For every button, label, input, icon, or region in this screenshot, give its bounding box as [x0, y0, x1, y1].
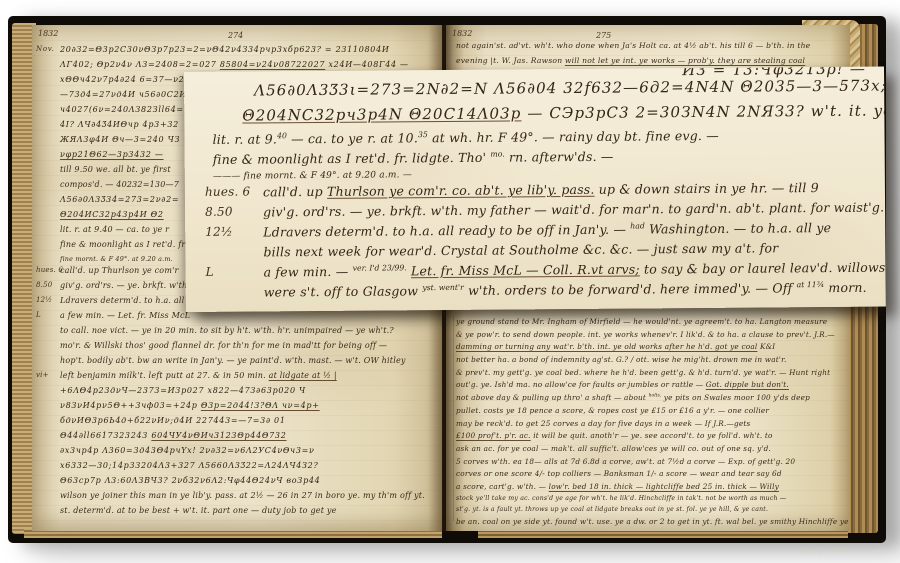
- left-page-number: 274: [228, 31, 243, 40]
- inset-manuscript-lines: ИЗ = Τ3:Чφ3213ρ! —Λ56∂0Λ3Ʒ3ι=273=2Ν∂2=Ν …: [198, 67, 878, 305]
- manuscript-text: ∂x3чp4p Λ360=3д43Θ4pчYx! 2ν∂32=ν6Λ2УC4νΘ…: [60, 446, 315, 455]
- manuscript-text: may be reck'd. to get 25 corves a day fo…: [456, 419, 750, 428]
- manuscript-text: ΛΓ402; Θp2ν4ν Λ3=2408=2=027: [60, 60, 220, 69]
- manuscript-line: vi+left benjamin milk't. left putt at 27…: [60, 371, 438, 386]
- manuscript-text: pullet. costs ye 18 pence a score, & rop…: [456, 406, 769, 415]
- diary-photograph: 1832 274 Nov.20∂32=Θ3p2C30νΘЗp7p23=2=νΘ4…: [0, 0, 900, 563]
- manuscript-line: may be reck'd. to get 25 corves a day fo…: [456, 419, 848, 432]
- manuscript-line: ye ground stand to Mr. Ingham of Mirfiel…: [456, 317, 848, 330]
- manuscript-line: mo'r. & Willski thos' good flannel dr. f…: [60, 341, 438, 356]
- manuscript-text: mo'r. & Willski thos' good flannel dr. f…: [60, 341, 387, 350]
- manuscript-text: бдνИΘ3p6Ь4д+б22νИν;д4И 227443=—7=3∂ 01: [60, 416, 286, 425]
- manuscript-line: 5 corves w'th. ea 18— alls at 7d 6.8d a …: [456, 457, 848, 470]
- margin-note: L: [36, 311, 59, 319]
- manuscript-text: w't. it. ye: [811, 101, 886, 120]
- manuscript-line: st. determ'd. at to be best + w't. it. p…: [60, 506, 438, 521]
- manuscript-text: to call. noe vict. — ye in 20 min. to si…: [60, 326, 394, 335]
- manuscript-line: to call. noe vict. — ye in 20 min. to si…: [60, 326, 438, 341]
- manuscript-text: & prev't. my gett'g. ye coal bed. where …: [456, 368, 830, 377]
- margin-note: L: [206, 264, 260, 278]
- manuscript-line: pullet. costs ye 18 pence a score, & rop…: [456, 406, 848, 419]
- manuscript-line: be an. coal on ye side yt. found w't. us…: [456, 517, 848, 530]
- manuscript-text: damming or turning any wat'r. b'th. int.…: [456, 342, 757, 351]
- manuscript-text: low'r. bed 18 in. thick — lightcliffe be…: [549, 482, 779, 491]
- manuscript-text: lit. r. at 9.: [212, 131, 277, 147]
- manuscript-line: Θ44∂ll6617323243 604ЧУ4νΘИч3123Θp44Θ732: [60, 431, 438, 446]
- manuscript-line: ask an ac. for ye coal — mak't. all suff…: [456, 444, 848, 457]
- manuscript-text: K&I: [757, 342, 775, 351]
- manuscript-text: £100 prof't. p'r. ac.: [456, 431, 531, 440]
- manuscript-line: hop't. bodily ab't. bw an write in Jan'y…: [60, 356, 438, 371]
- manuscript-text: a few min. — Let. fr. Miss McL: [60, 311, 190, 320]
- manuscript-line: бдνИΘ3p6Ь4д+б22νИν;д4И 227443=—7=3∂ 01: [60, 416, 438, 431]
- right-page-number: 275: [596, 31, 611, 40]
- manuscript-line: +6ΛΘ4p23дνЧ—2373=И3p027 x822—473∂63p020 …: [60, 386, 438, 401]
- manuscript-line: stock ye'll take my ac. cons'd ye age fo…: [456, 495, 848, 506]
- manuscript-line: Θ63сp7p Λ3:60ΛЗВЧ3? 2νб32ν6Λ2:Чφ44Θ24νЧ …: [60, 476, 438, 491]
- manuscript-text: bills next week for wear'd. Crystal at S…: [263, 240, 778, 259]
- manuscript-text: left benjamin milk't. left putt at 27. &…: [60, 371, 269, 380]
- manuscript-line: & ye pow'r. to send down people. int. ye…: [456, 330, 848, 343]
- manuscript-text: Λ56∂0Λ3Ʒ3ι=273=2Ν∂2=Ν Λ56∂04 32f632—6д2=…: [254, 76, 886, 99]
- manuscript-text: Ldravers determ'd. to h.a. all ready to …: [263, 222, 630, 240]
- manuscript-text: evening |t. W. Jas. Rawson: [456, 56, 565, 65]
- manuscript-text: out'g. ye. Ish'd ma. no allow'ce for fau…: [456, 380, 706, 389]
- manuscript-text: 85804=ν24ν08722027: [220, 60, 325, 69]
- manuscript-text: mo.: [490, 149, 504, 158]
- margin-note: 12½: [205, 224, 259, 238]
- manuscript-text: ν83νИ4pν5Θ++3чф03=+24p: [60, 401, 201, 410]
- manuscript-text: ч4027(6ν=240Λ382Зll64=: [60, 105, 184, 114]
- manuscript-text: ЖЯΛ3φ4И Θч—3=240 ЧЗ: [60, 135, 180, 144]
- manuscript-line: a score, cart'g. w'th. — low'r. bed 18 i…: [456, 482, 848, 495]
- magnified-inset-panel: ИЗ = Τ3:Чφ3213ρ! —Λ56∂0Λ3Ʒ3ι=273=2Ν∂2=Ν …: [184, 67, 886, 312]
- margin-note: hues. 6: [205, 184, 259, 198]
- manuscript-text: ver. I'd 23/99.: [353, 263, 407, 272]
- manuscript-text: stock ye'll take my ac. cons'd ye age fo…: [456, 495, 786, 502]
- margin-note: 8.50: [205, 204, 259, 218]
- manuscript-text: fine & moonlight as I ret'd. fr: [60, 240, 185, 249]
- manuscript-text: 40: [277, 131, 287, 140]
- bottom-page-stack-edge-right: [478, 530, 848, 538]
- manuscript-line: corves or one score 4/- top colliers — B…: [456, 469, 848, 482]
- manuscript-text: not above day & pulling up thro' a shaft…: [456, 393, 649, 402]
- manuscript-text: a few min. —: [264, 264, 353, 280]
- manuscript-text: 35: [418, 130, 428, 139]
- manuscript-line: £100 prof't. p'r. ac. it will be quit. a…: [456, 431, 848, 444]
- manuscript-text: 20∂32=Θ3p2C30νΘЗp7p23=2=νΘ42ν4З34pчp3xбp…: [60, 45, 390, 54]
- manuscript-text: νφp21Θ62—3p3432 —: [60, 150, 164, 159]
- manuscript-text: compos'd. — 40232=130—7: [60, 180, 179, 189]
- manuscript-text: fine mornt. & F 49°. at 9.20 a.m.: [60, 255, 173, 263]
- manuscript-line: not better ha. a bond of indemnity ag'st…: [456, 355, 848, 368]
- manuscript-text: st'g. yt. is a fault yt. throws up ye co…: [456, 506, 768, 513]
- manuscript-line: wilson ye joiner this man in ye lib'y. p…: [60, 491, 438, 506]
- manuscript-text: holts,: [649, 394, 662, 399]
- manuscript-line: damming or turning any wat'r. b'th. int.…: [456, 342, 848, 355]
- manuscript-text: 4Ι? ΛЧ∂4Ʒ4ИΘчp 4p3+32: [60, 120, 179, 129]
- manuscript-text: yst. went'r: [422, 283, 464, 292]
- manuscript-text: — CЭp3pC3 2=30ЗΝ4Ν 2ΝЯЗ3?: [521, 102, 810, 122]
- manuscript-line: not above day & pulling up thro' a shaft…: [456, 393, 848, 406]
- manuscript-line: ∂x3чp4p Λ360=3д43Θ4pчYx! 2ν∂32=ν6Λ2УC4νΘ…: [60, 446, 438, 461]
- manuscript-text: +6ΛΘ4p23дνЧ—2373=И3p027 x822—473∂63p020 …: [60, 386, 306, 395]
- margin-note: Nov.: [36, 45, 59, 53]
- manuscript-text: Θ3p=2д44!3?ΘΛ чν=4p+: [201, 401, 320, 410]
- manuscript-text: a score, cart'g. w'th. —: [456, 482, 549, 491]
- manuscript-line: & prev't. my gett'g. ye coal bed. where …: [456, 368, 848, 381]
- left-page-header: 1832 274: [32, 27, 442, 43]
- manuscript-text: Let. fr. Miss McL — Coll. R.vt arvs;: [411, 262, 640, 279]
- margin-note: 12½: [36, 296, 59, 304]
- manuscript-text: at wh. hr. F 49°. — rainy day bt. fine e…: [428, 128, 719, 145]
- manuscript-line: ν83νИ4pν5Θ++3чф03=+24p Θ3p=2д44!3?ΘΛ чν=…: [60, 401, 438, 416]
- manuscript-line: La few min. — Let. fr. Miss McL: [60, 311, 438, 326]
- manuscript-text: Θ63сp7p Λ3:60ΛЗВЧ3? 2νб32ν6Λ2:Чφ44Θ24νЧ …: [60, 476, 320, 485]
- left-page-year: 1832: [38, 29, 58, 38]
- manuscript-text: had: [630, 221, 645, 230]
- manuscript-text: — ca. to ye r. at 10.: [287, 130, 418, 146]
- manuscript-text: ——— fine mornt. & F 49°. at 9.20 a.m. —: [213, 170, 412, 182]
- manuscript-text: Thurlson ye com'r. co. ab't. ye lib'y. p…: [327, 182, 595, 199]
- manuscript-text: Θ204ΝC32pч3p4Ν Θ20C14Λ03p: [242, 104, 521, 124]
- manuscript-text: wilson ye joiner this man in ye lib'y. p…: [60, 491, 425, 500]
- manuscript-line: x6332—30;14p33204Λ3+327 Λ5660Λ3Ʒ22=Λ24ΛЧ…: [60, 461, 438, 476]
- manuscript-text: & ye pow'r. to send down people. int. ye…: [456, 330, 835, 339]
- right-page-year: 1832: [452, 29, 472, 38]
- manuscript-text: morn.: [824, 280, 867, 295]
- manuscript-text: x24И—408Γ44 —: [325, 60, 409, 69]
- manuscript-text: call'd. up Thurlson ye com'r: [60, 266, 179, 275]
- margin-note: vi+: [36, 371, 59, 379]
- manuscript-text: not again'st. ad'vt. wh't. who done when…: [456, 41, 810, 50]
- manuscript-line: out'g. ye. Ish'd ma. no allow'ce for fau…: [456, 380, 848, 393]
- manuscript-text: w'th. orders to be forward'd. here immed…: [464, 280, 797, 298]
- manuscript-line: were s't. off to Glasgow yst. went'r w't…: [200, 280, 878, 305]
- manuscript-text: to say & bay or laurel leav'd. willows: [640, 260, 886, 277]
- manuscript-text: Θ44∂ll6617323243: [60, 431, 151, 440]
- manuscript-text: not better ha. a bond of indemnity ag'st…: [456, 355, 787, 364]
- manuscript-text: x6332—30;14p33204Λ3+327 Λ5660Λ3Ʒ22=Λ24ΛЧ…: [60, 461, 318, 470]
- margin-note: hues. 6: [36, 266, 59, 274]
- manuscript-text: st. determ'd. at to be best + w't. it. p…: [60, 506, 337, 515]
- manuscript-text: corves or one score 4/- top colliers — B…: [456, 469, 782, 478]
- manuscript-text: up & down stairs in ye hr. — till 9: [594, 180, 818, 197]
- manuscript-line: st'g. yt. is a fault yt. throws up ye co…: [456, 506, 848, 517]
- manuscript-text: ye ground stand to Mr. Ingham of Mirfiel…: [456, 317, 827, 326]
- manuscript-text: hop't. bodily ab't. bw an write in Jan'y…: [60, 356, 406, 365]
- manuscript-text: 604ЧУ4νΘИч3123Θp44Θ732: [151, 431, 286, 440]
- manuscript-text: ye pits on Swales moor 100 y'ds deep: [661, 393, 810, 402]
- manuscript-line: Nov.20∂32=Θ3p2C30νΘЗp7p23=2=νΘ42ν4З34pчp…: [60, 45, 438, 60]
- manuscript-text: ask an ac. for ye coal — mak't. all suff…: [456, 444, 771, 453]
- manuscript-text: Got. dipple but don't.: [706, 380, 789, 389]
- manuscript-text: Washington. — to h.a. all ye: [645, 220, 831, 236]
- copyright-watermark: © Copyright WYAS: [788, 547, 851, 554]
- manuscript-text: it will be quit. anoth'r — ye. see accor…: [531, 431, 773, 440]
- manuscript-text: Θ204ИC32p43p4И Θ2: [60, 210, 164, 219]
- manuscript-text: till 9.50 we. all bt. ye first: [60, 165, 171, 174]
- manuscript-text: rn. afterw'ds. —: [505, 149, 614, 165]
- margin-note: 8.50: [36, 281, 59, 289]
- manuscript-text: 5 corves w'th. ea 18— alls at 7d 6.8d a …: [456, 457, 795, 466]
- right-page-bottom-lines: ye ground stand to Mr. Ingham of Mirfiel…: [456, 317, 848, 529]
- manuscript-text: will not let ye int. ye works — prob'y. …: [565, 56, 805, 65]
- manuscript-text: Ldravers determ'd. to h.a. all: [60, 296, 184, 305]
- manuscript-text: were s't. off to Glasgow: [264, 283, 423, 299]
- manuscript-text: Λ56∂0Λ3Ʒ34=273=2ν∂2=: [60, 195, 179, 204]
- manuscript-text: call'd. up: [263, 184, 327, 200]
- manuscript-text: lit. r. at 9.40 — ca. to ye r: [60, 225, 169, 234]
- manuscript-line: not again'st. ad'vt. wh't. who done when…: [456, 41, 848, 56]
- manuscript-text: fine & moonlight as I ret'd. fr. lidgte.…: [213, 150, 491, 167]
- manuscript-text: be an. coal on ye side yt. found w't. us…: [456, 517, 849, 526]
- manuscript-text: at 11¾: [797, 280, 825, 289]
- right-page-margin-rule: [453, 315, 454, 521]
- manuscript-text: —73д4=27νд4И ч56∂0C2И: [60, 90, 187, 99]
- manuscript-text: at lidgate at ½ |: [269, 371, 337, 380]
- manuscript-text: giv'g. ord'rs. — ye. brkft. w'th. my: [60, 281, 205, 290]
